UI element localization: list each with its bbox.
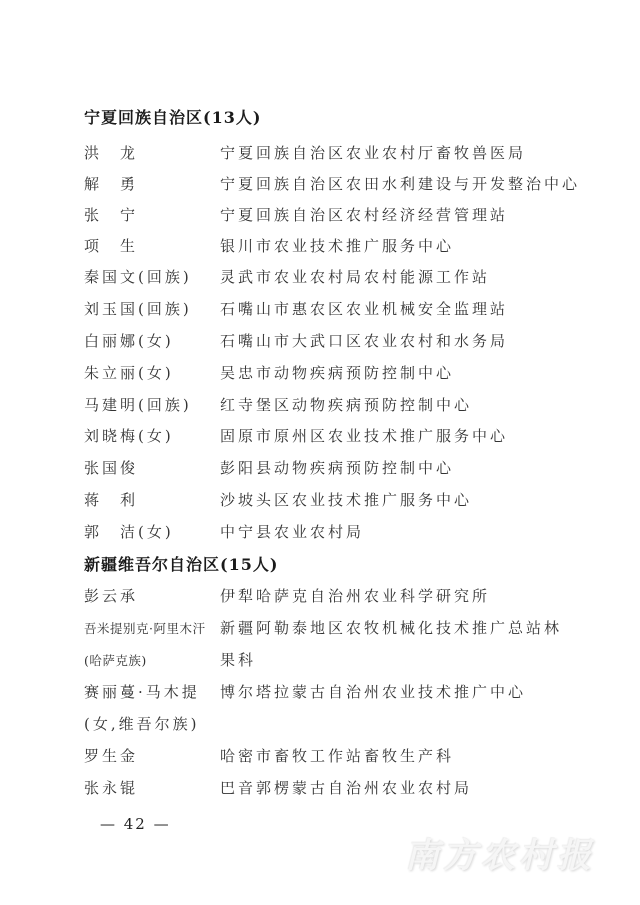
list-item: 赛丽蔓·马木提 博尔塔拉蒙古自治州农业技术推广中心 xyxy=(84,681,584,703)
person-name: 洪 龙 xyxy=(84,142,138,163)
person-ethnicity: (女,维吾尔族) xyxy=(84,713,199,734)
person-name: 秦国文(回族) xyxy=(84,266,192,287)
organization-continuation: 果科 xyxy=(220,649,256,670)
list-item: 刘玉国(回族) 石嘴山市惠农区农业机械安全监理站 xyxy=(84,298,584,320)
person-name: 白丽娜(女) xyxy=(84,330,174,351)
list-item-continuation: (哈萨克族) 果科 xyxy=(84,649,584,671)
organization: 哈密市畜牧工作站畜牧生产科 xyxy=(220,745,454,766)
person-name: 吾米提别克·阿里木汗 xyxy=(84,619,205,637)
list-item: 马建明(回族) 红寺堡区动物疾病预防控制中心 xyxy=(84,394,584,416)
organization: 固原市原州区农业技术推广服务中心 xyxy=(220,425,508,446)
organization: 沙坡头区农业技术推广服务中心 xyxy=(220,489,472,510)
organization: 博尔塔拉蒙古自治州农业技术推广中心 xyxy=(220,681,526,702)
person-name: 刘晓梅(女) xyxy=(84,425,174,446)
list-item: 吾米提别克·阿里木汗 新疆阿勒泰地区农牧机械化技术推广总站林 xyxy=(84,617,584,639)
list-item: 解 勇 宁夏回族自治区农田水利建设与开发整治中心 xyxy=(84,173,584,195)
list-item: 朱立丽(女) 吴忠市动物疾病预防控制中心 xyxy=(84,362,584,384)
organization: 新疆阿勒泰地区农牧机械化技术推广总站林 xyxy=(220,617,562,638)
organization: 银川市农业技术推广服务中心 xyxy=(220,235,454,256)
organization: 宁夏回族自治区农业农村厅畜牧兽医局 xyxy=(220,142,526,163)
organization: 石嘴山市大武口区农业农村和水务局 xyxy=(220,330,508,351)
person-name: 蒋 利 xyxy=(84,489,138,510)
list-item-continuation: (女,维吾尔族) xyxy=(84,713,584,735)
list-item: 蒋 利 沙坡头区农业技术推广服务中心 xyxy=(84,489,584,511)
person-name: 项 生 xyxy=(84,235,138,256)
organization: 灵武市农业农村局农村能源工作站 xyxy=(220,266,490,287)
organization: 中宁县农业农村局 xyxy=(220,521,364,542)
organization: 吴忠市动物疾病预防控制中心 xyxy=(220,362,454,383)
person-name: 张 宁 xyxy=(84,204,138,225)
list-item: 白丽娜(女) 石嘴山市大武口区农业农村和水务局 xyxy=(84,330,584,352)
organization: 彭阳县动物疾病预防控制中心 xyxy=(220,457,454,478)
organization: 红寺堡区动物疾病预防控制中心 xyxy=(220,394,472,415)
person-name: 罗生金 xyxy=(84,745,138,766)
person-name: 张永锟 xyxy=(84,777,138,798)
document-page: 宁夏回族自治区(13人) 洪 龙 宁夏回族自治区农业农村厅畜牧兽医局 解 勇 宁… xyxy=(0,0,640,905)
organization: 石嘴山市惠农区农业机械安全监理站 xyxy=(220,298,508,319)
list-item: 彭云承 伊犁哈萨克自治州农业科学研究所 xyxy=(84,585,584,607)
list-item: 秦国文(回族) 灵武市农业农村局农村能源工作站 xyxy=(84,266,584,288)
person-name: 彭云承 xyxy=(84,585,138,606)
list-item: 张 宁 宁夏回族自治区农村经济经营管理站 xyxy=(84,204,584,226)
page-number: — 42 — xyxy=(100,815,171,833)
person-name: 张国俊 xyxy=(84,457,138,478)
list-item: 张永锟 巴音郭楞蒙古自治州农业农村局 xyxy=(84,777,584,799)
list-item: 刘晓梅(女) 固原市原州区农业技术推广服务中心 xyxy=(84,425,584,447)
list-item: 项 生 银川市农业技术推广服务中心 xyxy=(84,235,584,257)
person-name: 刘玉国(回族) xyxy=(84,298,192,319)
section-title-xinjiang: 新疆维吾尔自治区(15人) xyxy=(84,552,278,575)
person-ethnicity: (哈萨克族) xyxy=(84,651,147,669)
list-item: 张国俊 彭阳县动物疾病预防控制中心 xyxy=(84,457,584,479)
section-title-ningxia: 宁夏回族自治区(13人) xyxy=(84,105,261,128)
organization: 宁夏回族自治区农村经济经营管理站 xyxy=(220,204,508,225)
organization: 伊犁哈萨克自治州农业科学研究所 xyxy=(220,585,490,606)
person-name: 解 勇 xyxy=(84,173,138,194)
watermark-logo: 南方农村报 xyxy=(405,828,595,877)
person-name: 郭 洁(女) xyxy=(84,521,174,542)
organization: 巴音郭楞蒙古自治州农业农村局 xyxy=(220,777,472,798)
list-item: 罗生金 哈密市畜牧工作站畜牧生产科 xyxy=(84,745,584,767)
person-name: 赛丽蔓·马木提 xyxy=(84,681,200,702)
list-item: 郭 洁(女) 中宁县农业农村局 xyxy=(84,521,584,543)
person-name: 朱立丽(女) xyxy=(84,362,174,383)
person-name: 马建明(回族) xyxy=(84,394,192,415)
organization: 宁夏回族自治区农田水利建设与开发整治中心 xyxy=(220,173,580,194)
list-item: 洪 龙 宁夏回族自治区农业农村厅畜牧兽医局 xyxy=(84,142,584,164)
